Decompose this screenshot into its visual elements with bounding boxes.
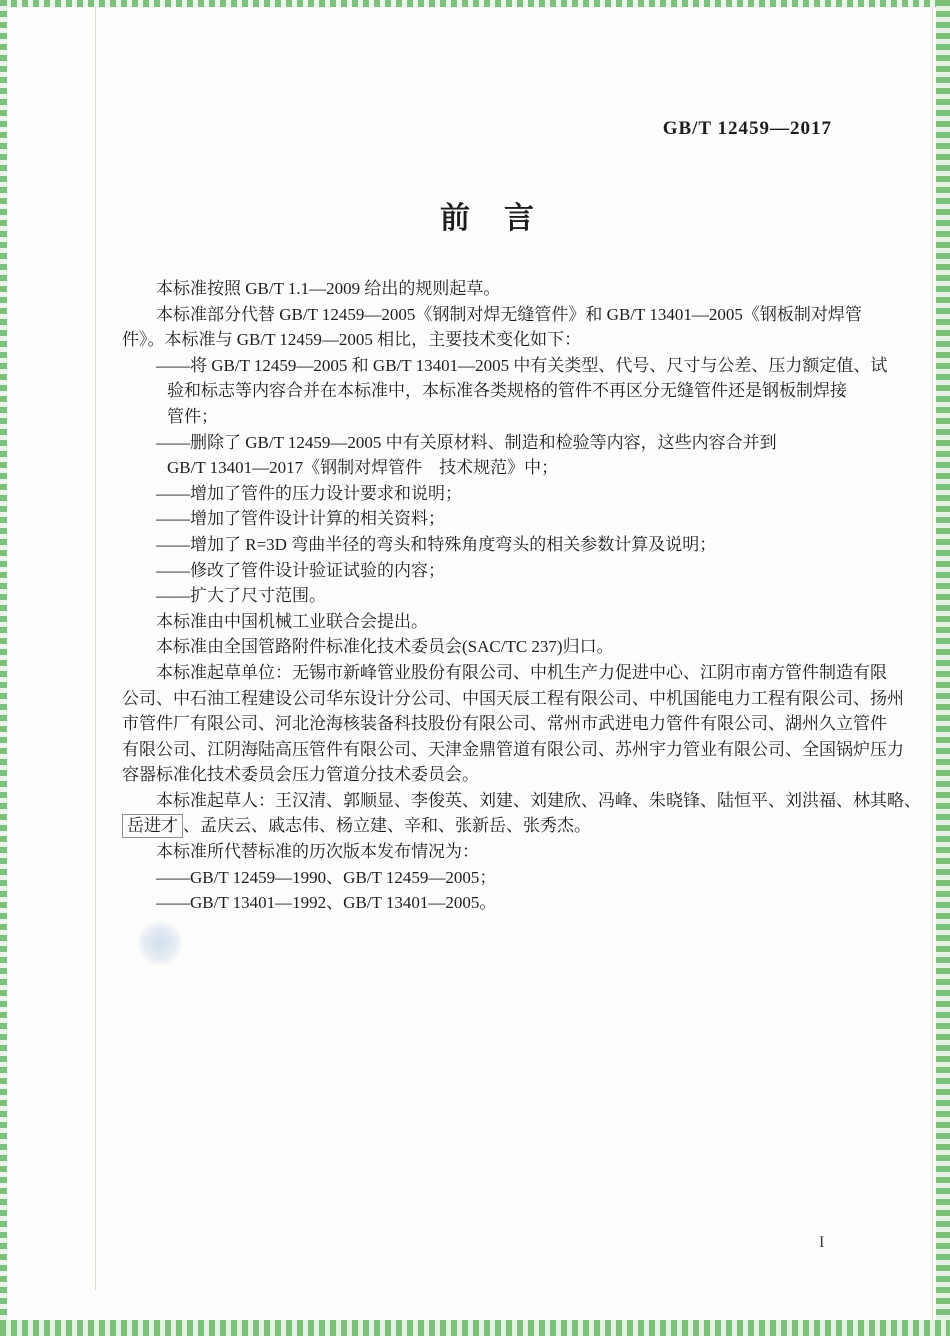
text-line: ——修改了管件设计验证试验的内容； bbox=[122, 558, 867, 584]
text-line: 岳进才、孟庆云、戚志伟、杨立建、辛和、张新岳、张秀杰。 bbox=[122, 813, 867, 839]
page-edge-line-right bbox=[932, 7, 933, 1320]
scanned-standard-page: { "page": { "header_code": "GB/T 12459—2… bbox=[0, 0, 950, 1336]
scan-frame-bottom bbox=[0, 1320, 950, 1336]
text-line: ——GB/T 12459—1990、GB/T 12459—2005； bbox=[122, 865, 867, 891]
scan-frame-right bbox=[936, 0, 950, 1336]
document-page: GB/T 12459—2017 前 言 本标准按照 GB/T 1.1—2009 … bbox=[7, 7, 936, 1320]
text-line: 验和标志等内容合并在本标准中，本标准各类规格的管件不再区分无缝管件还是钢板制焊接 bbox=[122, 378, 867, 404]
text-line: 公司、中石油工程建设公司华东设计分公司、中国天辰工程有限公司、中机国能电力工程有… bbox=[122, 686, 867, 712]
text-line: 有限公司、江阴海陆高压管件有限公司、天津金鼎管道有限公司、苏州宇力管业有限公司、… bbox=[122, 737, 867, 763]
text-line: 容器标准化技术委员会压力管道分技术委员会。 bbox=[122, 762, 867, 788]
text-line: 本标准由中国机械工业联合会提出。 bbox=[122, 609, 867, 635]
text-line: 本标准起草人：王汉清、郭顺显、李俊英、刘建、刘建欣、冯峰、朱晓锋、陆恒平、刘洪福… bbox=[122, 788, 867, 814]
page-edge-line-left bbox=[95, 7, 96, 1290]
scan-frame-top bbox=[0, 0, 950, 7]
text-line: 件》。本标准与 GB/T 12459—2005 相比，主要技术变化如下： bbox=[122, 327, 867, 353]
boxed-drafter-name: 岳进才 bbox=[122, 814, 183, 838]
text-line: 管件； bbox=[122, 404, 867, 430]
text-line: GB/T 13401—2017《钢制对焊管件 技术规范》中； bbox=[122, 455, 867, 481]
text-line: 本标准由全国管路附件标准化技术委员会(SAC/TC 237)归口。 bbox=[122, 634, 867, 660]
page-title: 前 言 bbox=[122, 193, 854, 237]
body-text: 本标准按照 GB/T 1.1—2009 给出的规则起草。本标准部分代替 GB/T… bbox=[122, 276, 867, 916]
text-line: 本标准所代替标准的历次版本发布情况为： bbox=[122, 839, 867, 865]
text-line: ——增加了管件设计计算的相关资料； bbox=[122, 506, 867, 532]
text-line: 市管件厂有限公司、河北沧海核装备科技股份有限公司、常州市武进电力管件有限公司、湖… bbox=[122, 711, 867, 737]
text-line: ——增加了 R=3D 弯曲半径的弯头和特殊角度弯头的相关参数计算及说明； bbox=[122, 532, 867, 558]
text-line: 本标准部分代替 GB/T 12459—2005《钢制对焊无缝管件》和 GB/T … bbox=[122, 302, 867, 328]
text-line: ——将 GB/T 12459—2005 和 GB/T 13401—2005 中有… bbox=[122, 353, 867, 379]
scan-frame-left bbox=[0, 0, 7, 1336]
text-line: ——扩大了尺寸范围。 bbox=[122, 583, 867, 609]
scan-smudge-artifact bbox=[138, 921, 182, 965]
text-line: ——删除了 GB/T 12459—2005 中有关原材料、制造和检验等内容，这些… bbox=[122, 430, 867, 456]
text-line: 本标准按照 GB/T 1.1—2009 给出的规则起草。 bbox=[122, 276, 867, 302]
page-number: I bbox=[819, 1234, 824, 1252]
standard-number-header: GB/T 12459—2017 bbox=[663, 118, 832, 140]
text-line: ——GB/T 13401—1992、GB/T 13401—2005。 bbox=[122, 890, 867, 916]
text-line: 本标准起草单位：无锡市新峰管业股份有限公司、中机生产力促进中心、江阴市南方管件制… bbox=[122, 660, 867, 686]
text-line: ——增加了管件的压力设计要求和说明； bbox=[122, 481, 867, 507]
